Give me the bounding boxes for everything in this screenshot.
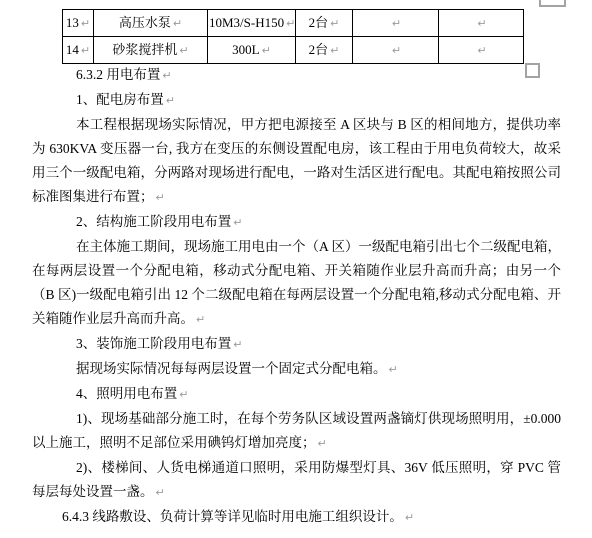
table-cell[interactable]: ↵ bbox=[353, 10, 439, 37]
paragraph-text: 据现场实际情况每每两层设置一个固定式分配电箱。 bbox=[76, 361, 387, 376]
cell-text: 10M3/S-H150 bbox=[209, 15, 284, 30]
paragraph[interactable]: 1)、现场基础部分施工时，在每个劳务队区域设置两盏镝灯供现场照明用，±0.000… bbox=[32, 407, 561, 456]
table-cell[interactable]: 砂浆搅拌机↵ bbox=[94, 37, 208, 64]
paragraph-mark-icon: ↵ bbox=[177, 388, 188, 401]
equipment-table: 13↵高压水泵↵10M3/S-H150↵2台↵↵↵14↵砂浆搅拌机↵300L↵2… bbox=[62, 9, 524, 64]
cell-text: 2台 bbox=[309, 42, 329, 57]
paragraph[interactable]: 6.3.2 用电布置↵ bbox=[32, 63, 561, 88]
paragraph-text: 1)、现场基础部分施工时，在每个劳务队区域设置两盏镝灯供现场照明用，±0.000… bbox=[32, 411, 561, 450]
paragraph-mark-icon: ↵ bbox=[154, 486, 165, 499]
document-body: 6.3.2 用电布置↵1、配电房布置↵本工程根据现场实际情况，甲方把电源接至 A… bbox=[32, 63, 561, 530]
paragraph-mark-icon: ↵ bbox=[160, 69, 171, 82]
paragraph-mark-icon: ↵ bbox=[177, 44, 188, 57]
paragraph-mark-icon: ↵ bbox=[154, 191, 165, 204]
paragraph[interactable]: 在主体施工期间，现场施工用电由一个（A 区）一级配电箱引出七个二级配电箱，在每两… bbox=[32, 235, 561, 332]
paragraph-text: 6.4.3 线路敷设、负荷计算等详见临时用电施工组织设计。 bbox=[62, 509, 403, 524]
paragraph[interactable]: 2、结构施工阶段用电布置↵ bbox=[32, 210, 561, 235]
paragraph-mark-icon: ↵ bbox=[79, 17, 90, 30]
paragraph[interactable]: 6.4.3 线路敷设、负荷计算等详见临时用电施工组织设计。↵ bbox=[32, 505, 561, 530]
table-cell[interactable]: 高压水泵↵ bbox=[94, 10, 208, 37]
paragraph-mark-icon: ↵ bbox=[328, 17, 339, 30]
table-row: 14↵砂浆搅拌机↵300L↵2台↵↵↵ bbox=[63, 37, 524, 64]
paragraph-mark-icon: ↵ bbox=[387, 363, 398, 376]
cell-text: 13 bbox=[66, 15, 79, 30]
anchor-square-top bbox=[539, 0, 566, 7]
paragraph[interactable]: 3、装饰施工阶段用电布置↵ bbox=[32, 332, 561, 357]
paragraph[interactable]: 据现场实际情况每每两层设置一个固定式分配电箱。↵ bbox=[32, 357, 561, 382]
paragraph[interactable]: 本工程根据现场实际情况，甲方把电源接至 A 区块与 B 区的相间地方，提供功率为… bbox=[32, 113, 561, 210]
paragraph-mark-icon: ↵ bbox=[284, 17, 295, 30]
table-row: 13↵高压水泵↵10M3/S-H150↵2台↵↵↵ bbox=[63, 10, 524, 37]
cell-text: 高压水泵 bbox=[119, 15, 171, 30]
paragraph-mark-icon: ↵ bbox=[475, 17, 486, 30]
table-cell[interactable]: 14↵ bbox=[63, 37, 94, 64]
paragraph-mark-icon: ↵ bbox=[475, 44, 486, 57]
paragraph-mark-icon: ↵ bbox=[403, 511, 414, 524]
paragraph-text: 在主体施工期间，现场施工用电由一个（A 区）一级配电箱引出七个二级配电箱，在每两… bbox=[32, 239, 561, 326]
table-cell[interactable]: 300L↵ bbox=[208, 37, 296, 64]
document-page: 13↵高压水泵↵10M3/S-H150↵2台↵↵↵14↵砂浆搅拌机↵300L↵2… bbox=[0, 0, 592, 538]
paragraph-text: 本工程根据现场实际情况，甲方把电源接至 A 区块与 B 区的相间地方，提供功率为… bbox=[32, 117, 561, 204]
table-cell[interactable]: 2台↵ bbox=[296, 37, 353, 64]
paragraph-text: 1、配电房布置 bbox=[76, 92, 164, 107]
paragraph[interactable]: 4、照明用电布置↵ bbox=[32, 382, 561, 407]
paragraph-text: 3、装饰施工阶段用电布置 bbox=[76, 336, 231, 351]
paragraph-mark-icon: ↵ bbox=[164, 94, 175, 107]
paragraph-mark-icon: ↵ bbox=[171, 17, 182, 30]
paragraph-text: 6.3.2 用电布置 bbox=[76, 67, 160, 82]
paragraph[interactable]: 2)、楼梯间、人货电梯通道口照明，采用防爆型灯具、36V 低压照明，穿 PVC … bbox=[32, 456, 561, 505]
paragraph-mark-icon: ↵ bbox=[231, 338, 242, 351]
paragraph-mark-icon: ↵ bbox=[390, 44, 401, 57]
cell-text: 14 bbox=[66, 42, 79, 57]
table-cell[interactable]: ↵ bbox=[439, 10, 524, 37]
table-cell[interactable]: ↵ bbox=[353, 37, 439, 64]
paragraph-text: 2、结构施工阶段用电布置 bbox=[76, 214, 231, 229]
cell-text: 2台 bbox=[309, 15, 329, 30]
table-cell[interactable]: 10M3/S-H150↵ bbox=[208, 10, 296, 37]
paragraph-text: 2)、楼梯间、人货电梯通道口照明，采用防爆型灯具、36V 低压照明，穿 PVC … bbox=[32, 460, 561, 499]
paragraph-text: 4、照明用电布置 bbox=[76, 386, 177, 401]
paragraph-mark-icon: ↵ bbox=[194, 313, 205, 326]
paragraph[interactable]: 1、配电房布置↵ bbox=[32, 88, 561, 113]
table-cell[interactable]: 2台↵ bbox=[296, 10, 353, 37]
paragraph-mark-icon: ↵ bbox=[390, 17, 401, 30]
paragraph-mark-icon: ↵ bbox=[231, 216, 242, 229]
table-cell[interactable]: 13↵ bbox=[63, 10, 94, 37]
paragraph-mark-icon: ↵ bbox=[260, 44, 271, 57]
paragraph-mark-icon: ↵ bbox=[79, 44, 90, 57]
cell-text: 300L bbox=[232, 42, 259, 57]
cell-text: 砂浆搅拌机 bbox=[112, 42, 177, 57]
table-cell[interactable]: ↵ bbox=[439, 37, 524, 64]
paragraph-mark-icon: ↵ bbox=[328, 44, 339, 57]
paragraph-mark-icon: ↵ bbox=[316, 437, 327, 450]
equipment-table-body: 13↵高压水泵↵10M3/S-H150↵2台↵↵↵14↵砂浆搅拌机↵300L↵2… bbox=[63, 10, 524, 64]
